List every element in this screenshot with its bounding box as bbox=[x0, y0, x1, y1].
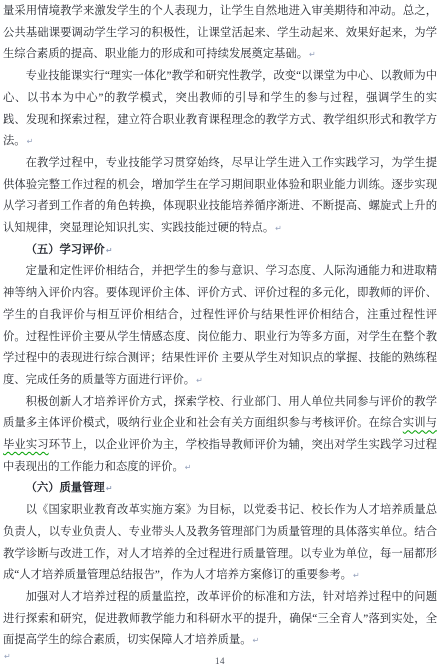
body-paragraph: 定量和定性评价相结合，并把学生的参与意识、学习态度、人际沟通能力和进取精神等纳入… bbox=[3, 261, 437, 391]
paragraph-mark-icon: ↵ bbox=[185, 463, 192, 472]
text-run: （六）质量管理 bbox=[26, 482, 105, 494]
paragraph-mark-icon: ↵ bbox=[4, 652, 11, 661]
text-run: 以《国家职业教育改革实施方案》为目标，以党委书记、校长作为人才培养质量总负责人，… bbox=[3, 504, 437, 581]
document-text[interactable]: 量采用情境教学来激发学生的个人表现力，让学生自然地进入审美期待和冲动。总之，公共… bbox=[3, 1, 437, 652]
paragraph-mark-icon: ↵ bbox=[253, 636, 260, 645]
paragraph-mark-icon: ↵ bbox=[106, 246, 113, 255]
text-run: 积极创新人才培养评价方式，探索学校、行业部门、用人单位共同参与评价的教学质量多主… bbox=[3, 396, 437, 430]
paragraph-mark-icon: ↵ bbox=[27, 137, 34, 146]
body-paragraph: 量采用情境教学来激发学生的个人表现力，让学生自然地进入审美期待和冲动。总之，公共… bbox=[3, 1, 437, 66]
text-run: 专业技能课实行“理实一体化”教学和研究性教学，改变“以课堂为中心、以教师为中心、… bbox=[3, 70, 437, 147]
page-number: 14 bbox=[215, 656, 225, 666]
text-run: 在教学过程中，专业技能学习贯穿始终，尽早让学生进入工作实践学习，为学生提供体验完… bbox=[3, 157, 437, 234]
text-run: 量采用情境教学来激发学生的个人表现力，让学生自然地进入审美期待和冲动。总之，公共… bbox=[3, 5, 437, 60]
heading-paragraph: （五）学习评价↵ bbox=[3, 240, 437, 262]
body-paragraph: 专业技能课实行“理实一体化”教学和研究性教学，改变“以课堂为中心、以教师为中心、… bbox=[3, 66, 437, 153]
paragraph-mark-icon: ↵ bbox=[196, 376, 203, 385]
text-run: 加强对人才培养过程的质量监控，改革评价的标准和方法，针对培养过程中的问题进行探索… bbox=[3, 591, 437, 646]
body-paragraph: 加强对人才培养过程的质量监控，改革评价的标准和方法，针对培养过程中的问题进行探索… bbox=[3, 587, 437, 652]
paragraph-mark-icon: ↵ bbox=[275, 224, 282, 233]
text-run: 环节上，以企业评价为主，学校指导教师评价为辅，突出对学生实践学习过程中表现出的工… bbox=[3, 439, 437, 473]
paragraph-mark-icon: ↵ bbox=[309, 50, 316, 59]
paragraph-mark-icon: ↵ bbox=[106, 484, 113, 493]
paragraph-mark-icon: ↵ bbox=[353, 571, 360, 580]
heading-paragraph: （六）质量管理↵ bbox=[3, 478, 437, 500]
body-paragraph: 积极创新人才培养评价方式，探索学校、行业部门、用人单位共同参与评价的教学质量多主… bbox=[3, 392, 437, 479]
body-paragraph: 在教学过程中，专业技能学习贯穿始终，尽早让学生进入工作实践学习，为学生提供体验完… bbox=[3, 153, 437, 240]
body-paragraph: 以《国家职业教育改革实施方案》为目标，以党委书记、校长作为人才培养质量总负责人，… bbox=[3, 500, 437, 587]
text-run: （五）学习评价 bbox=[26, 244, 105, 256]
page-footer: ↵ 14 bbox=[3, 651, 437, 665]
word-document-page[interactable]: 量采用情境教学来激发学生的个人表现力，让学生自然地进入审美期待和冲动。总之，公共… bbox=[0, 0, 440, 667]
text-run: 定量和定性评价相结合，并把学生的参与意识、学习态度、人际沟通能力和进取精神等纳入… bbox=[3, 265, 437, 386]
